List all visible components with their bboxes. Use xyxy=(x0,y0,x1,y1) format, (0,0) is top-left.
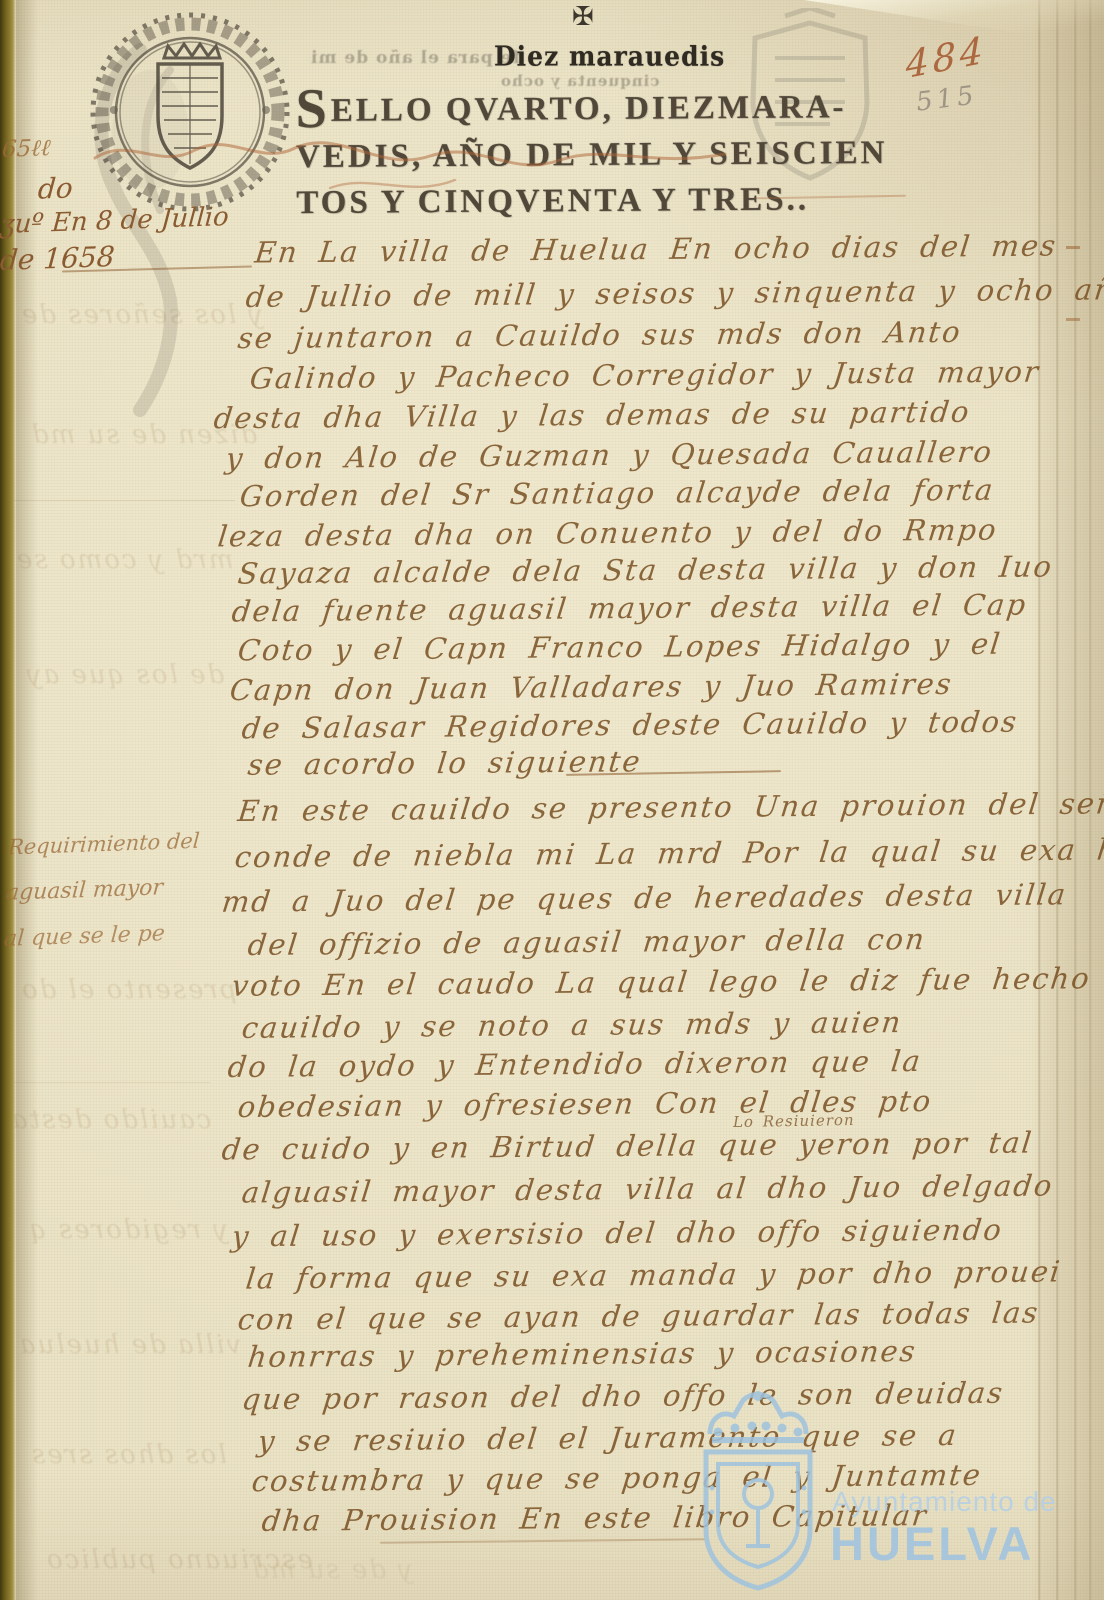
edge-mark xyxy=(1066,246,1080,249)
folio-number-ink: 484 xyxy=(905,28,987,87)
manuscript-line: cauildo y se noto a sus mds y auien xyxy=(240,1005,904,1045)
manuscript-line: alguasil mayor desta villa al dho Juo de… xyxy=(240,1168,1055,1209)
manuscript-line: Capn don Juan Valladares y Juo Ramires xyxy=(228,667,955,707)
manuscript-line: del offizio de aguasil mayor della con xyxy=(246,922,928,962)
manuscript-line: leza desta dha on Conuento y del do Rmpo xyxy=(216,513,1000,554)
manuscript-page-scan: ſe para el año de mi cinquenta y ocho y … xyxy=(0,0,1104,1600)
manuscript-line: En La villa de Huelua En ocho dias del m… xyxy=(253,228,1059,269)
manuscript-line: y se resiuio del el Juramento que se a xyxy=(256,1418,960,1458)
manuscript-line: la forma que su exa manda y por dho prou… xyxy=(244,1254,1063,1295)
showthrough-text: presento el do xyxy=(20,975,237,1005)
manuscript-line: de Jullio de mill y seisos y sinquenta y… xyxy=(244,272,1104,314)
printers-cross-ornament: ✠ xyxy=(572,2,594,32)
watermark-huelva-text: HUELVA xyxy=(830,1516,1034,1571)
margin-note-requerimiento-2: aguasil mayor xyxy=(5,875,164,906)
showthrough-blackletter: ſe para el año de mi xyxy=(310,48,520,68)
manuscript-line: dela fuente aguasil mayor desta villa el… xyxy=(230,588,1029,629)
showthrough-text: villa de huelua xyxy=(18,1330,241,1360)
manuscript-line: Sayaza alcalde dela Sta desta villa y do… xyxy=(236,549,1055,590)
stamp-blackletter-header: Diez marauedis xyxy=(494,41,725,72)
manuscript-line: honrras y preheminensias y ocasiones xyxy=(246,1334,919,1374)
edge-mark xyxy=(1066,318,1080,321)
huelva-crowned-shield xyxy=(688,1388,828,1593)
watermark-ayuntamiento-text: Ayuntamiento de xyxy=(832,1486,1057,1518)
binding-shadow xyxy=(16,0,38,1600)
manuscript-line: y al uso y exersisio del dho offo siguie… xyxy=(230,1213,1005,1254)
manuscript-line: de Salasar Regidores deste Cauildo y tod… xyxy=(240,705,1020,746)
margin-note-requerimiento-3: al que se le pe xyxy=(3,921,166,952)
manuscript-line: que por rason del dho offo le son deuida… xyxy=(240,1376,1006,1417)
manuscript-line: y don Alo de Guzman y Quesada Cauallero xyxy=(224,435,995,476)
left-binding-edge xyxy=(0,0,16,1600)
showthrough-text: los dhos sres xyxy=(30,1440,227,1470)
manuscript-line: do la oydo y Entendido dixeron que la xyxy=(226,1044,924,1084)
manuscript-line: Galindo y Pacheco Corregidor y Justa may… xyxy=(248,355,1042,396)
manuscript-line: desta dha Villa y las demas de su partid… xyxy=(212,395,972,436)
bottom-flourish-line xyxy=(380,1538,705,1543)
showthrough-text: y de su md xyxy=(250,1555,413,1585)
manuscript-line: En este cauildo se presento Una prouion … xyxy=(236,786,1104,828)
folio-number-pencil: 515 xyxy=(914,80,979,117)
manuscript-line: voto En el caudo La qual lego le diz fue… xyxy=(230,961,1093,1003)
rust-ink-scribble xyxy=(90,118,730,208)
margin-note-do: do xyxy=(37,171,74,205)
showthrough-text: y regidores q xyxy=(28,1215,228,1245)
showthrough-text: de los que ay xyxy=(25,660,224,690)
manuscript-line: se juntaron a Cauildo sus mds don Anto xyxy=(236,315,964,355)
manuscript-line: Gorden del Sr Santiago alcayde dela fort… xyxy=(238,473,996,514)
showthrough-text: cauildo desta xyxy=(10,1105,211,1135)
manuscript-line: se acordo lo siguiente xyxy=(246,744,644,781)
showthrough-text: mrd y como se xyxy=(15,545,233,575)
margin-note-top: 65ℓℓ xyxy=(1,135,51,163)
manuscript-line: conde de niebla mi La mrd Por la qual su… xyxy=(233,832,1104,874)
manuscript-line: Coto y el Capn Franco Lopes Hidalgo y el xyxy=(236,627,1003,668)
manuscript-line: con el que se ayan de guardar las todas … xyxy=(236,1295,1041,1336)
manuscript-line: md a Juo del pe ques de heredades desta … xyxy=(220,877,1069,918)
manuscript-line: de cuido y en Birtud della que yeron por… xyxy=(220,1125,1035,1166)
